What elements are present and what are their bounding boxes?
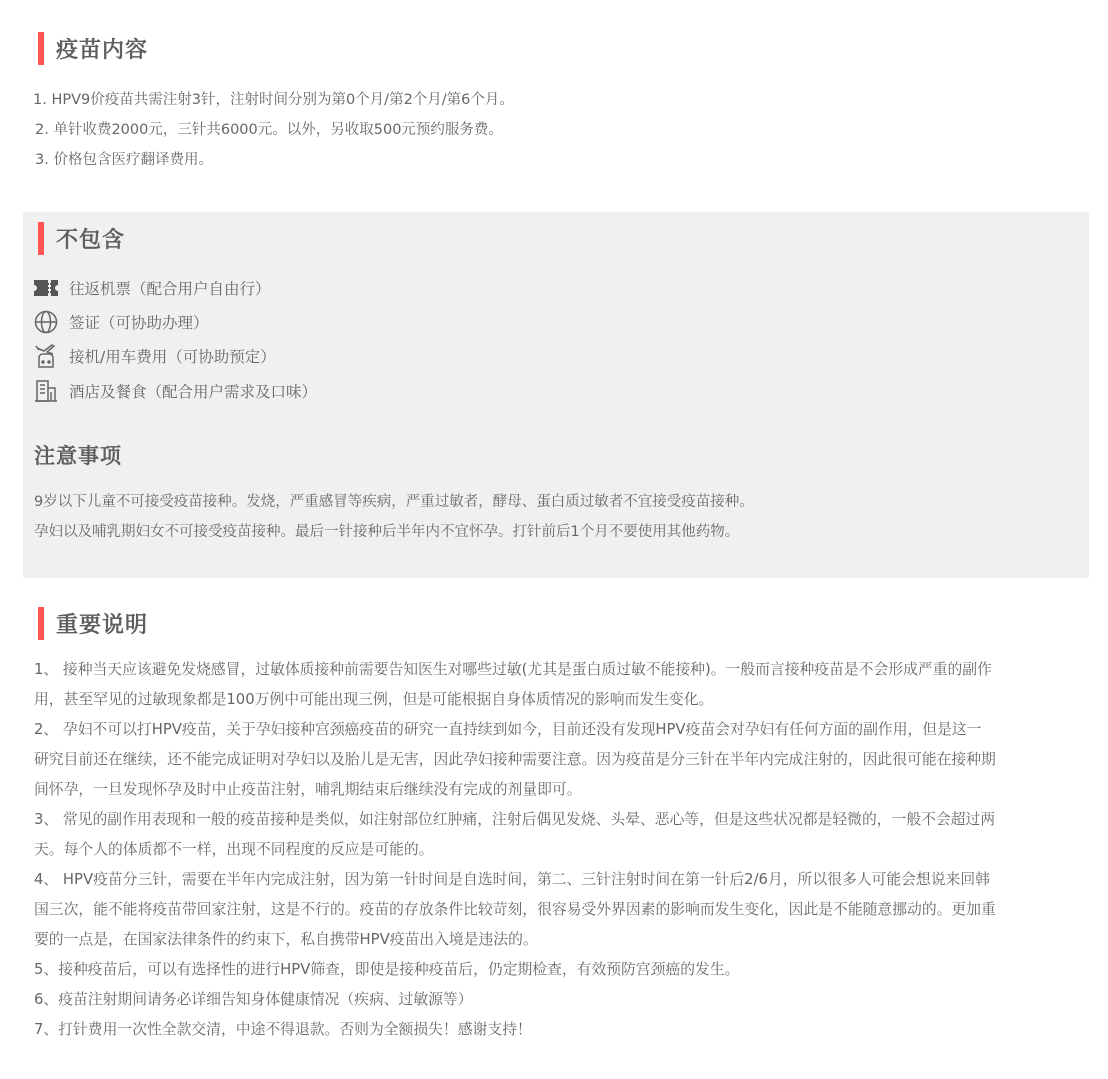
ticket-icon: [33, 276, 59, 300]
hotel-icon: [33, 379, 59, 403]
accent-bar: [38, 32, 44, 65]
content-item: 1. HPV9价疫苗共需注射3针，注射时间分别为第0个月/第2个月/第6个月。: [33, 90, 514, 110]
exclusion-label: 接机/用车费用（可协助预定）: [69, 345, 276, 367]
vaccine-content-header: 疫苗内容: [38, 31, 148, 65]
content-item: 3. 价格包含医疗翻译费用。: [35, 150, 213, 170]
exclusion-item-flight: 往返机票（配合用户自由行）: [33, 276, 271, 300]
note-line: 6、疫苗注射期间请务必详细告知身体健康情况（疾病、过敏源等）: [34, 990, 473, 1010]
exclusion-item-transfer: 接机/用车费用（可协助预定）: [33, 344, 276, 368]
note-line: 3、 常见的副作用表现和一般的疫苗接种是类似，如注射部位红肿痛，注射后偶见发烧、…: [34, 810, 995, 830]
note-line: 国三次，能不能将疫苗带回家注射，这是不行的。疫苗的存放条件比较苛刻，很容易受外界…: [34, 900, 996, 920]
note-line: 间怀孕，一旦发现怀孕及时中止疫苗注射，哺乳期结束后继续没有完成的剂量即可。: [34, 780, 582, 800]
note-line: 研究目前还在继续，还不能完成证明对孕妇以及胎儿是无害，因此孕妇接种需要注意。因为…: [34, 750, 996, 770]
important-notes-header: 重要说明: [38, 606, 148, 640]
content-item: 2. 单针收费2000元，三针共6000元。以外，另收取500元预约服务费。: [35, 120, 503, 140]
exclusion-item-hotel: 酒店及餐食（配合用户需求及口味）: [33, 379, 317, 403]
exclusion-label: 酒店及餐食（配合用户需求及口味）: [69, 380, 317, 402]
note-line: 5、接种疫苗后，可以有选择性的进行HPV筛查，即使是接种疫苗后，仍定期检查，有效…: [34, 960, 739, 980]
notices-title: 注意事项: [34, 440, 122, 470]
section-title: 重要说明: [56, 608, 148, 639]
note-line: 4、 HPV疫苗分三针，需要在半年内完成注射，因为第一针时间是自选时间，第二、三…: [34, 870, 990, 890]
note-line: 用，甚至罕见的过敏现象都是100万例中可能出现三例，但是可能根据自身体质情况的影…: [34, 690, 713, 710]
note-line: 1、 接种当天应该避免发烧感冒，过敏体质接种前需要告知医生对哪些过敏(尤其是蛋白…: [34, 660, 992, 680]
note-line: 2、 孕妇不可以打HPV疫苗，关于孕妇接种宫颈癌疫苗的研究一直持续到如今，目前还…: [34, 720, 981, 740]
note-line: 天。每个人的体质都不一样，出现不同程度的反应是可能的。: [34, 840, 434, 860]
not-included-header: 不包含: [38, 221, 125, 255]
section-title: 疫苗内容: [56, 33, 148, 64]
exclusions-panel: 不包含 往返机票（配合用户自由行） 签证（可协助办理）: [23, 212, 1089, 578]
notice-line: 孕妇以及哺乳期妇女不可接受疫苗接种。最后一针接种后半年内不宜怀孕。打针前后1个月…: [34, 520, 739, 541]
note-line: 7、打针费用一次性全款交清，中途不得退款。否则为全额损失！感谢支持！: [34, 1020, 532, 1040]
globe-icon: [33, 310, 59, 334]
accent-bar: [38, 607, 44, 640]
notice-line: 9岁以下儿童不可接受疫苗接种。发烧，严重感冒等疾病，严重过敏者，酵母、蛋白质过敏…: [34, 490, 754, 511]
section-title: 不包含: [56, 223, 125, 254]
important-notes-section: 重要说明 1、 接种当天应该避免发烧感冒，过敏体质接种前需要告知医生对哪些过敏(…: [0, 600, 1108, 1079]
exclusion-label: 往返机票（配合用户自由行）: [69, 277, 271, 299]
vaccine-content-section: 疫苗内容 1. HPV9价疫苗共需注射3针，注射时间分别为第0个月/第2个月/第…: [0, 0, 1108, 200]
airport-car-icon: [33, 344, 59, 368]
accent-bar: [38, 222, 44, 255]
exclusion-item-visa: 签证（可协助办理）: [33, 310, 209, 334]
note-line: 要的一点是，在国家法律条件的约束下，私自携带HPV疫苗出入境是违法的。: [34, 930, 538, 950]
exclusion-label: 签证（可协助办理）: [69, 311, 209, 333]
